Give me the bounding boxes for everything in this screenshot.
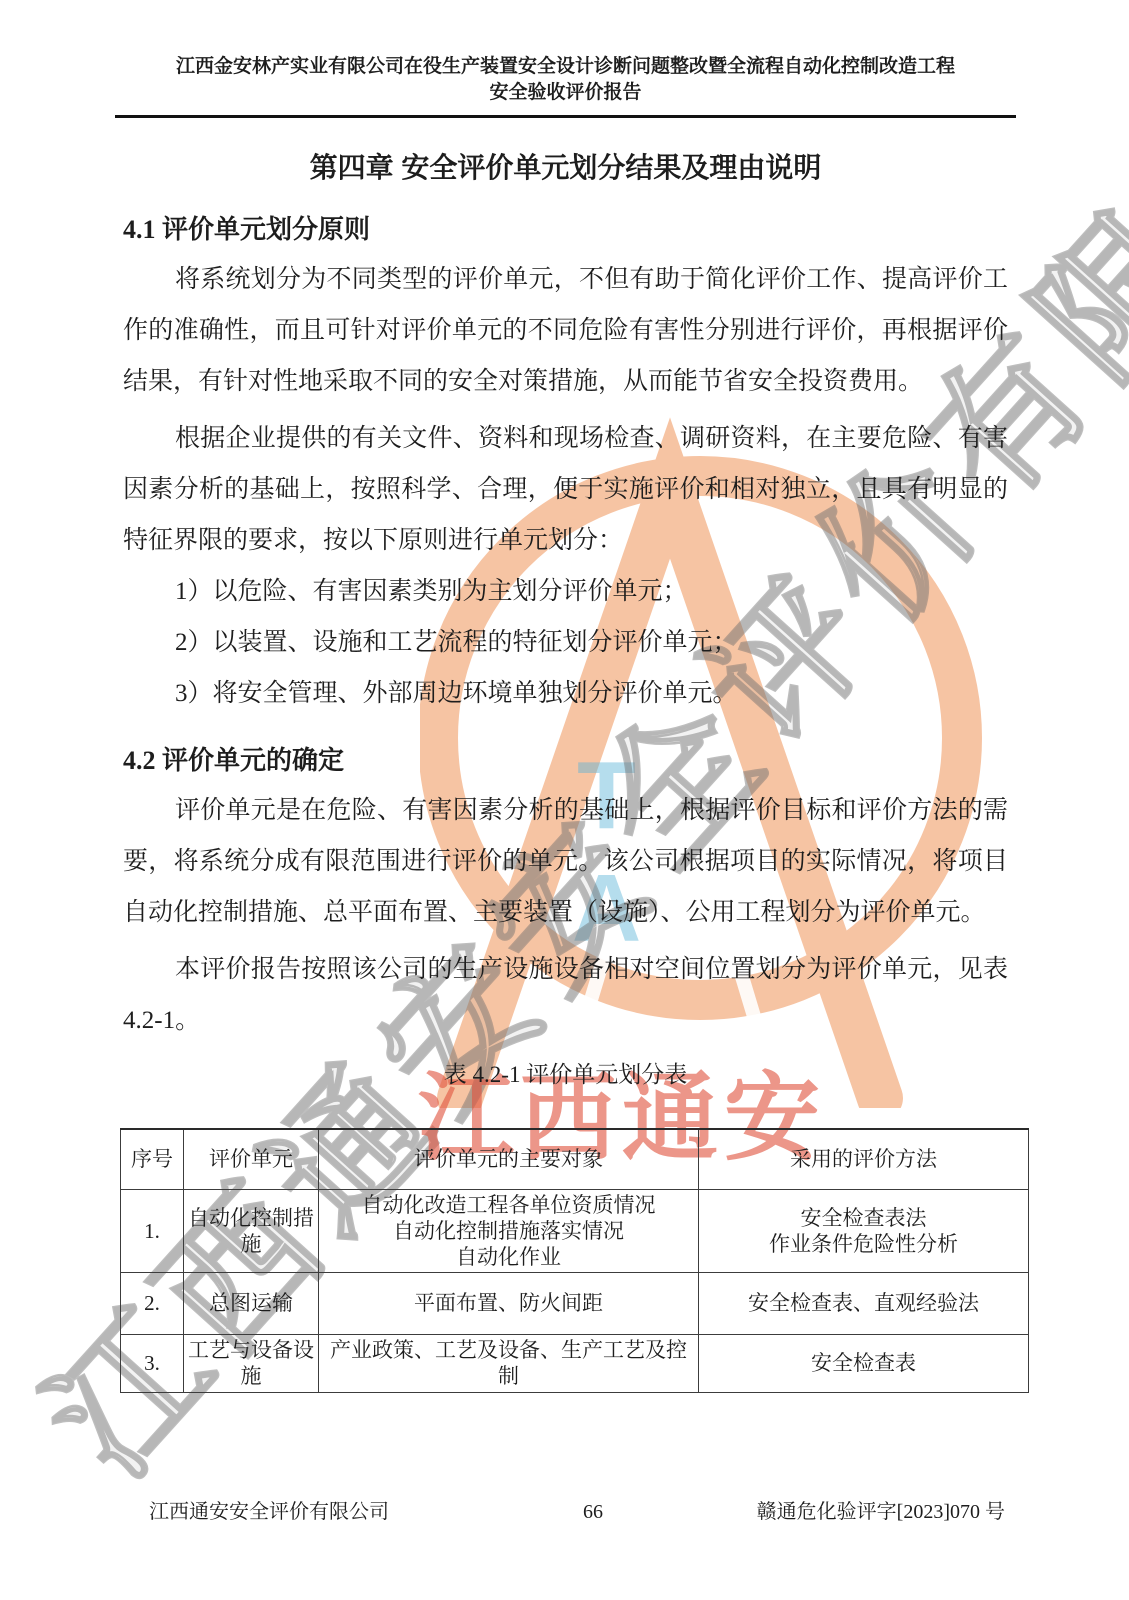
document-page: TA 江西通安安全评价有限公司 江西通安 江西金安林产实业有限公司在役生产装置安…	[0, 0, 1129, 1600]
cell-objects: 平面布置、防火间距	[319, 1272, 699, 1334]
footer-page-number: 66	[583, 1498, 603, 1526]
header-divider	[115, 115, 1016, 118]
cell-method: 安全检查表法 作业条件危险性分析	[699, 1189, 1029, 1272]
chapter-title: 第四章 安全评价单元划分结果及理由说明	[123, 148, 1008, 188]
section-heading-4-2: 4.2 评价单元的确定	[123, 743, 1008, 779]
cell-no: 2.	[121, 1272, 184, 1334]
column-header: 序号	[121, 1129, 184, 1189]
cell-objects: 产业政策、工艺及设备、生产工艺及控制	[319, 1334, 699, 1392]
table-row: 1. 自动化控制措施 自动化改造工程各单位资质情况 自动化控制措施落实情况 自动…	[121, 1189, 1029, 1272]
page-content: 江西金安林产实业有限公司在役生产装置安全设计诊断问题整改暨全流程自动化控制改造工…	[123, 0, 1008, 1393]
cell-unit: 工艺与设备设施	[184, 1334, 319, 1392]
list-item: 1）以危险、有害因素类别为主划分评价单元；	[123, 566, 1008, 617]
cell-method: 安全检查表	[699, 1334, 1029, 1392]
footer-doc-number: 赣通危化验评字[2023]070 号	[757, 1498, 1005, 1526]
column-header: 评价单元	[184, 1129, 319, 1189]
cell-no: 1.	[121, 1189, 184, 1272]
section-heading-4-1: 4.1 评价单元划分原则	[123, 212, 1008, 248]
footer-company: 江西通安安全评价有限公司	[149, 1498, 389, 1526]
column-header: 评价单元的主要对象	[319, 1129, 699, 1189]
running-header-line1: 江西金安林产实业有限公司在役生产装置安全设计诊断问题整改暨全流程自动化控制改造工…	[123, 54, 1008, 80]
column-header: 采用的评价方法	[699, 1129, 1029, 1189]
list-item: 3）将安全管理、外部周边环境单独划分评价单元。	[123, 668, 1008, 719]
paragraph: 评价单元是在危险、有害因素分析的基础上，根据评价目标和评价方法的需要，将系统分成…	[123, 785, 1008, 938]
paragraph: 根据企业提供的有关文件、资料和现场检查、调研资料，在主要危险、有害因素分析的基础…	[123, 413, 1008, 566]
cell-unit: 自动化控制措施	[184, 1189, 319, 1272]
cell-objects: 自动化改造工程各单位资质情况 自动化控制措施落实情况 自动化作业	[319, 1189, 699, 1272]
table-header-row: 序号 评价单元 评价单元的主要对象 采用的评价方法	[121, 1129, 1029, 1189]
table-row: 2. 总图运输 平面布置、防火间距 安全检查表、直观经验法	[121, 1272, 1029, 1334]
table-caption: 表 4.2-1 评价单元划分表	[123, 1058, 1008, 1092]
principles-list: 1）以危险、有害因素类别为主划分评价单元； 2）以装置、设施和工艺流程的特征划分…	[123, 566, 1008, 719]
paragraph: 将系统划分为不同类型的评价单元，不但有助于简化评价工作、提高评价工作的准确性，而…	[123, 254, 1008, 407]
table-row: 3. 工艺与设备设施 产业政策、工艺及设备、生产工艺及控制 安全检查表	[121, 1334, 1029, 1392]
evaluation-units-table: 序号 评价单元 评价单元的主要对象 采用的评价方法 1. 自动化控制措施 自动化…	[120, 1128, 1029, 1393]
paragraph: 本评价报告按照该公司的生产设施设备相对空间位置划分为评价单元，见表 4.2-1。	[123, 944, 1008, 1046]
list-item: 2）以装置、设施和工艺流程的特征划分评价单元；	[123, 617, 1008, 668]
cell-method: 安全检查表、直观经验法	[699, 1272, 1029, 1334]
running-header-line2: 安全验收评价报告	[123, 80, 1008, 106]
cell-unit: 总图运输	[184, 1272, 319, 1334]
cell-no: 3.	[121, 1334, 184, 1392]
running-header: 江西金安林产实业有限公司在役生产装置安全设计诊断问题整改暨全流程自动化控制改造工…	[123, 54, 1008, 118]
